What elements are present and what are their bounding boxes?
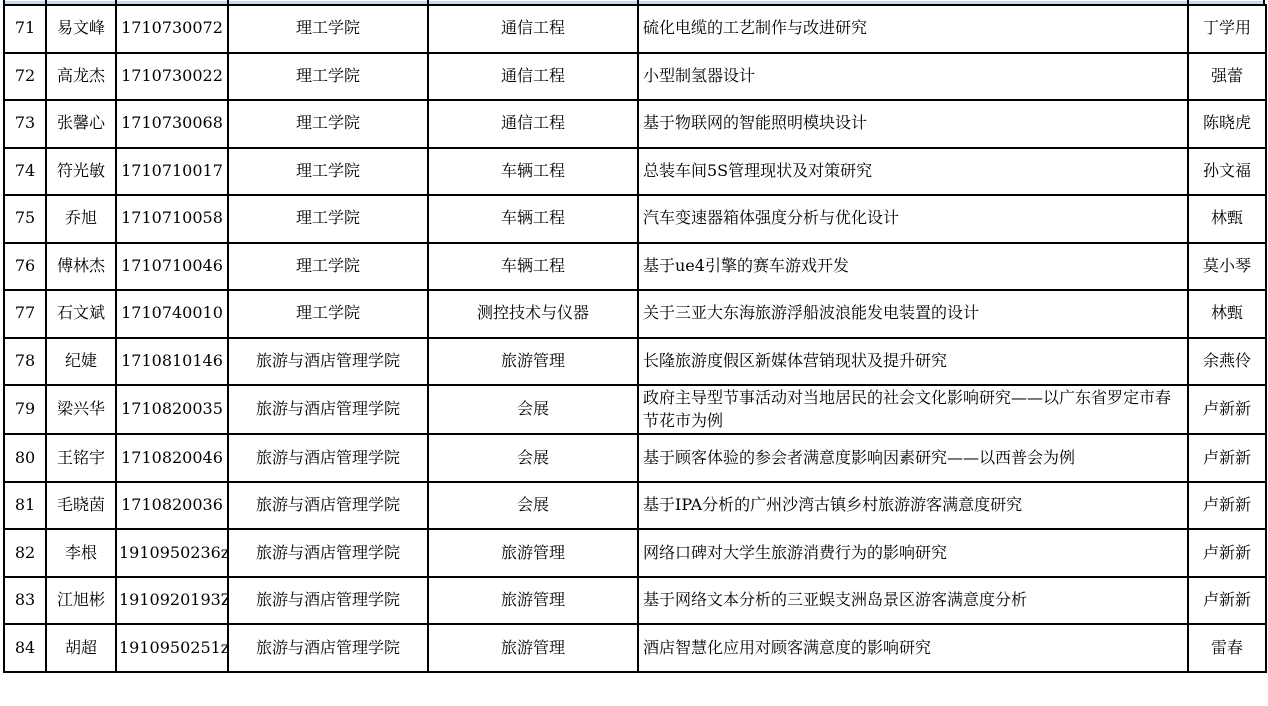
cell-major: 旅游管理 xyxy=(428,624,638,672)
cell-sequence-number: 84 xyxy=(4,624,46,672)
cell-thesis-title: 网络口碑对大学生旅游消费行为的影响研究 xyxy=(638,529,1188,577)
cell-student-name: 梁兴华 xyxy=(46,385,116,434)
cell-thesis-title: 关于三亚大东海旅游浮船波浪能发电装置的设计 xyxy=(638,290,1188,338)
table-row: 75 乔旭 1710710058 理工学院 车辆工程 汽车变速器箱体强度分析与优… xyxy=(4,195,1266,243)
cell-major: 会展 xyxy=(428,385,638,434)
cell-student-id: 1710810146 xyxy=(116,338,228,386)
cell-thesis-title: 基于物联网的智能照明模块设计 xyxy=(638,100,1188,148)
cell-advisor-name: 卢新新 xyxy=(1188,385,1266,434)
cell-major: 旅游管理 xyxy=(428,529,638,577)
cell-thesis-title: 汽车变速器箱体强度分析与优化设计 xyxy=(638,195,1188,243)
table-row: 71 易文峰 1710730072 理工学院 通信工程 硫化电缆的工艺制作与改进… xyxy=(4,5,1266,53)
table-row: 79 梁兴华 1710820035 旅游与酒店管理学院 会展 政府主导型节事活动… xyxy=(4,385,1266,434)
cell-advisor-name: 卢新新 xyxy=(1188,434,1266,482)
cell-thesis-title: 基于ue4引擎的赛车游戏开发 xyxy=(638,243,1188,291)
cell-student-name: 毛晓茵 xyxy=(46,482,116,530)
cell-thesis-title: 基于网络文本分析的三亚蜈支洲岛景区游客满意度分析 xyxy=(638,577,1188,625)
table-row: 73 张馨心 1710730068 理工学院 通信工程 基于物联网的智能照明模块… xyxy=(4,100,1266,148)
cell-student-name: 符光敏 xyxy=(46,148,116,196)
column-divider-tick xyxy=(3,0,5,4)
cell-college: 旅游与酒店管理学院 xyxy=(228,577,428,625)
cell-sequence-number: 80 xyxy=(4,434,46,482)
cell-advisor-name: 卢新新 xyxy=(1188,482,1266,530)
cell-college: 理工学院 xyxy=(228,195,428,243)
cell-student-id: 1710820036 xyxy=(116,482,228,530)
cell-advisor-name: 雷春 xyxy=(1188,624,1266,672)
cell-student-id: 1910950251z xyxy=(116,624,228,672)
cell-advisor-name: 孙文福 xyxy=(1188,148,1266,196)
cell-college: 理工学院 xyxy=(228,100,428,148)
cell-student-id: 1710740010 xyxy=(116,290,228,338)
cell-thesis-title: 小型制氢器设计 xyxy=(638,53,1188,101)
cell-advisor-name: 卢新新 xyxy=(1188,577,1266,625)
cell-advisor-name: 强蕾 xyxy=(1188,53,1266,101)
cell-student-name: 王铭宇 xyxy=(46,434,116,482)
document-page: 71 易文峰 1710730072 理工学院 通信工程 硫化电缆的工艺制作与改进… xyxy=(3,0,1265,673)
cell-thesis-title: 酒店智慧化应用对顾客满意度的影响研究 xyxy=(638,624,1188,672)
cell-college: 旅游与酒店管理学院 xyxy=(228,338,428,386)
column-divider-tick xyxy=(1263,0,1265,4)
column-divider-tick xyxy=(637,0,639,4)
cell-student-name: 高龙杰 xyxy=(46,53,116,101)
cell-student-id: 1710710017 xyxy=(116,148,228,196)
cell-sequence-number: 74 xyxy=(4,148,46,196)
cell-advisor-name: 林甄 xyxy=(1188,290,1266,338)
column-divider-tick xyxy=(45,0,47,4)
cell-student-name: 石文斌 xyxy=(46,290,116,338)
cell-student-name: 李根 xyxy=(46,529,116,577)
cell-sequence-number: 72 xyxy=(4,53,46,101)
thesis-assignment-table: 71 易文峰 1710730072 理工学院 通信工程 硫化电缆的工艺制作与改进… xyxy=(3,4,1267,673)
cell-sequence-number: 73 xyxy=(4,100,46,148)
cell-student-name: 张馨心 xyxy=(46,100,116,148)
previous-row-sliver xyxy=(3,0,1265,4)
cell-sequence-number: 81 xyxy=(4,482,46,530)
cell-student-id: 1710730068 xyxy=(116,100,228,148)
cell-major: 通信工程 xyxy=(428,53,638,101)
cell-college: 旅游与酒店管理学院 xyxy=(228,529,428,577)
column-divider-tick xyxy=(227,0,229,4)
cell-advisor-name: 卢新新 xyxy=(1188,529,1266,577)
cell-student-name: 胡超 xyxy=(46,624,116,672)
cell-major: 会展 xyxy=(428,482,638,530)
column-divider-tick xyxy=(1187,0,1189,4)
column-divider-tick xyxy=(427,0,429,4)
cell-thesis-title: 基于IPA分析的广州沙湾古镇乡村旅游游客满意度研究 xyxy=(638,482,1188,530)
cell-major: 车辆工程 xyxy=(428,243,638,291)
table-row: 80 王铭宇 1710820046 旅游与酒店管理学院 会展 基于顾客体验的参会… xyxy=(4,434,1266,482)
cell-advisor-name: 林甄 xyxy=(1188,195,1266,243)
cell-college: 旅游与酒店管理学院 xyxy=(228,434,428,482)
table-row: 74 符光敏 1710710017 理工学院 车辆工程 总装车间5S管理现状及对… xyxy=(4,148,1266,196)
cell-college: 理工学院 xyxy=(228,5,428,53)
cell-advisor-name: 陈晓虎 xyxy=(1188,100,1266,148)
cell-student-id: 1910950236z xyxy=(116,529,228,577)
cell-college: 旅游与酒店管理学院 xyxy=(228,624,428,672)
cell-advisor-name: 余燕伶 xyxy=(1188,338,1266,386)
table-row: 72 高龙杰 1710730022 理工学院 通信工程 小型制氢器设计 强蕾 xyxy=(4,53,1266,101)
cell-sequence-number: 79 xyxy=(4,385,46,434)
column-divider-tick xyxy=(115,0,117,4)
cell-college: 理工学院 xyxy=(228,290,428,338)
cell-major: 会展 xyxy=(428,434,638,482)
cell-student-name: 傅林杰 xyxy=(46,243,116,291)
cell-college: 理工学院 xyxy=(228,148,428,196)
cell-college: 旅游与酒店管理学院 xyxy=(228,482,428,530)
cell-major: 旅游管理 xyxy=(428,338,638,386)
table-row: 78 纪婕 1710810146 旅游与酒店管理学院 旅游管理 长隆旅游度假区新… xyxy=(4,338,1266,386)
table-row: 82 李根 1910950236z 旅游与酒店管理学院 旅游管理 网络口碑对大学… xyxy=(4,529,1266,577)
cell-student-id: 1710730072 xyxy=(116,5,228,53)
table-row: 77 石文斌 1710740010 理工学院 测控技术与仪器 关于三亚大东海旅游… xyxy=(4,290,1266,338)
table-row: 76 傅林杰 1710710046 理工学院 车辆工程 基于ue4引擎的赛车游戏… xyxy=(4,243,1266,291)
cell-student-name: 乔旭 xyxy=(46,195,116,243)
cell-advisor-name: 丁学用 xyxy=(1188,5,1266,53)
cell-student-id: 1710820035 xyxy=(116,385,228,434)
cell-thesis-title: 政府主导型节事活动对当地居民的社会文化影响研究——以广东省罗定市春节花市为例 xyxy=(638,385,1188,434)
cell-student-name: 纪婕 xyxy=(46,338,116,386)
cell-major: 旅游管理 xyxy=(428,577,638,625)
cell-college: 理工学院 xyxy=(228,243,428,291)
cell-student-name: 易文峰 xyxy=(46,5,116,53)
cell-major: 通信工程 xyxy=(428,5,638,53)
cell-thesis-title: 长隆旅游度假区新媒体营销现状及提升研究 xyxy=(638,338,1188,386)
cell-student-id: 1910920193Z xyxy=(116,577,228,625)
cell-sequence-number: 78 xyxy=(4,338,46,386)
table-row: 81 毛晓茵 1710820036 旅游与酒店管理学院 会展 基于IPA分析的广… xyxy=(4,482,1266,530)
table-row: 84 胡超 1910950251z 旅游与酒店管理学院 旅游管理 酒店智慧化应用… xyxy=(4,624,1266,672)
cell-major: 车辆工程 xyxy=(428,195,638,243)
cell-sequence-number: 75 xyxy=(4,195,46,243)
cell-student-id: 1710710046 xyxy=(116,243,228,291)
cell-college: 理工学院 xyxy=(228,53,428,101)
cell-sequence-number: 83 xyxy=(4,577,46,625)
cell-major: 通信工程 xyxy=(428,100,638,148)
cell-student-id: 1710820046 xyxy=(116,434,228,482)
cell-sequence-number: 77 xyxy=(4,290,46,338)
cell-sequence-number: 82 xyxy=(4,529,46,577)
cell-thesis-title: 硫化电缆的工艺制作与改进研究 xyxy=(638,5,1188,53)
cell-thesis-title: 基于顾客体验的参会者满意度影响因素研究——以西普会为例 xyxy=(638,434,1188,482)
cell-student-name: 江旭彬 xyxy=(46,577,116,625)
table-row: 83 江旭彬 1910920193Z 旅游与酒店管理学院 旅游管理 基于网络文本… xyxy=(4,577,1266,625)
cell-major: 车辆工程 xyxy=(428,148,638,196)
cell-college: 旅游与酒店管理学院 xyxy=(228,385,428,434)
cell-thesis-title: 总装车间5S管理现状及对策研究 xyxy=(638,148,1188,196)
cell-sequence-number: 76 xyxy=(4,243,46,291)
cell-advisor-name: 莫小琴 xyxy=(1188,243,1266,291)
cell-sequence-number: 71 xyxy=(4,5,46,53)
cell-student-id: 1710710058 xyxy=(116,195,228,243)
cell-major: 测控技术与仪器 xyxy=(428,290,638,338)
cell-student-id: 1710730022 xyxy=(116,53,228,101)
